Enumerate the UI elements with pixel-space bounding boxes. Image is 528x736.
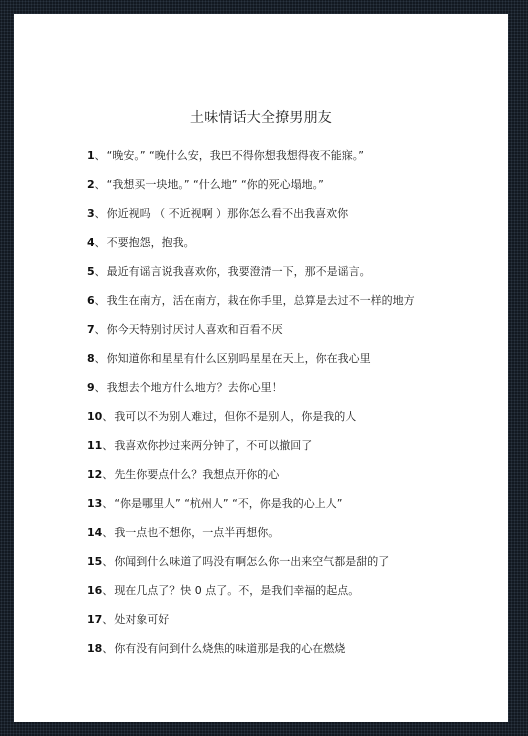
- quote-list: 1、“晚安。” “晚什么安，我巴不得你想我想得夜不能寐。” 2、“我想买一块地。…: [87, 147, 415, 669]
- item-text: “我想买一块地。” “什么地” “你的死心塌地。”: [107, 178, 324, 191]
- list-item: 11、我喜欢你抄过来两分钟了，不可以撤回了: [87, 437, 415, 466]
- item-number: 15: [87, 555, 102, 568]
- item-number: 5: [87, 265, 95, 278]
- item-number: 18: [87, 642, 102, 655]
- list-item: 8、你知道你和星星有什么区别吗星星在天上，你在我心里: [87, 350, 415, 379]
- list-item: 14、我一点也不想你，一点半再想你。: [87, 524, 415, 553]
- item-separator: 、: [102, 410, 113, 423]
- item-text: 最近有谣言说我喜欢你，我要澄清一下，那不是谣言。: [107, 265, 371, 278]
- item-number: 2: [87, 178, 95, 191]
- item-separator: 、: [102, 584, 113, 597]
- item-number: 8: [87, 352, 95, 365]
- list-item: 5、最近有谣言说我喜欢你，我要澄清一下，那不是谣言。: [87, 263, 415, 292]
- list-item: 3、你近视吗 （ 不近视啊 ）那你怎么看不出我喜欢你: [87, 205, 415, 234]
- list-item: 12、先生你要点什么？我想点开你的心: [87, 466, 415, 495]
- list-item: 17、处对象可好: [87, 611, 415, 640]
- item-separator: 、: [102, 439, 113, 452]
- item-text: 我想去个地方什么地方？去你心里！: [107, 381, 283, 394]
- item-text: 你闻到什么味道了吗没有啊怎么你一出来空气都是甜的了: [114, 555, 389, 568]
- item-text: 你今天特别讨厌讨人喜欢和百看不厌: [107, 323, 283, 336]
- item-number: 14: [87, 526, 102, 539]
- list-item: 18、你有没有问到什么烧焦的味道那是我的心在燃烧: [87, 640, 415, 669]
- item-number: 7: [87, 323, 95, 336]
- item-text: 我可以不为别人难过，但你不是别人，你是我的人: [114, 410, 356, 423]
- item-separator: 、: [102, 497, 113, 510]
- item-separator: 、: [102, 468, 113, 481]
- item-separator: 、: [95, 149, 106, 162]
- item-separator: 、: [102, 613, 113, 626]
- item-text: 先生你要点什么？我想点开你的心: [114, 468, 279, 481]
- item-number: 6: [87, 294, 95, 307]
- item-separator: 、: [95, 207, 106, 220]
- item-separator: 、: [95, 381, 106, 394]
- item-number: 12: [87, 468, 102, 481]
- item-number: 10: [87, 410, 102, 423]
- item-text: “晚安。” “晚什么安，我巴不得你想我想得夜不能寐。”: [107, 149, 364, 162]
- item-text: 你有没有问到什么烧焦的味道那是我的心在燃烧: [114, 642, 345, 655]
- item-text: 现在几点了？快 0 点了。不，是我们幸福的起点。: [114, 584, 359, 597]
- item-text: 你近视吗 （ 不近视啊 ）那你怎么看不出我喜欢你: [107, 207, 349, 220]
- item-text: “你是哪里人” “杭州人” “不，你是我的心上人”: [114, 497, 342, 510]
- item-number: 17: [87, 613, 102, 626]
- item-separator: 、: [102, 555, 113, 568]
- document-title: 土味情话大全撩男朋友: [14, 107, 508, 127]
- list-item: 1、“晚安。” “晚什么安，我巴不得你想我想得夜不能寐。”: [87, 147, 415, 176]
- item-separator: 、: [95, 236, 106, 249]
- item-number: 16: [87, 584, 102, 597]
- item-number: 9: [87, 381, 95, 394]
- item-number: 3: [87, 207, 95, 220]
- item-separator: 、: [95, 265, 106, 278]
- list-item: 6、我生在南方，活在南方，栽在你手里，总算是去过不一样的地方: [87, 292, 415, 321]
- list-item: 16、现在几点了？快 0 点了。不，是我们幸福的起点。: [87, 582, 415, 611]
- item-text: 我喜欢你抄过来两分钟了，不可以撤回了: [114, 439, 312, 452]
- item-number: 1: [87, 149, 95, 162]
- item-separator: 、: [95, 323, 106, 336]
- list-item: 15、你闻到什么味道了吗没有啊怎么你一出来空气都是甜的了: [87, 553, 415, 582]
- list-item: 13、“你是哪里人” “杭州人” “不，你是我的心上人”: [87, 495, 415, 524]
- item-text: 处对象可好: [114, 613, 169, 626]
- item-separator: 、: [95, 352, 106, 365]
- item-text: 我生在南方，活在南方，栽在你手里，总算是去过不一样的地方: [107, 294, 415, 307]
- item-separator: 、: [102, 526, 113, 539]
- item-text: 我一点也不想你，一点半再想你。: [114, 526, 279, 539]
- item-number: 4: [87, 236, 95, 249]
- item-separator: 、: [102, 642, 113, 655]
- item-separator: 、: [95, 178, 106, 191]
- item-text: 你知道你和星星有什么区别吗星星在天上，你在我心里: [107, 352, 371, 365]
- document-page: 土味情话大全撩男朋友 1、“晚安。” “晚什么安，我巴不得你想我想得夜不能寐。”…: [14, 14, 508, 722]
- list-item: 2、“我想买一块地。” “什么地” “你的死心塌地。”: [87, 176, 415, 205]
- list-item: 4、不要抱怨，抱我。: [87, 234, 415, 263]
- item-number: 11: [87, 439, 102, 452]
- item-number: 13: [87, 497, 102, 510]
- list-item: 7、你今天特别讨厌讨人喜欢和百看不厌: [87, 321, 415, 350]
- item-separator: 、: [95, 294, 106, 307]
- list-item: 10、我可以不为别人难过，但你不是别人，你是我的人: [87, 408, 415, 437]
- list-item: 9、我想去个地方什么地方？去你心里！: [87, 379, 415, 408]
- item-text: 不要抱怨，抱我。: [107, 236, 195, 249]
